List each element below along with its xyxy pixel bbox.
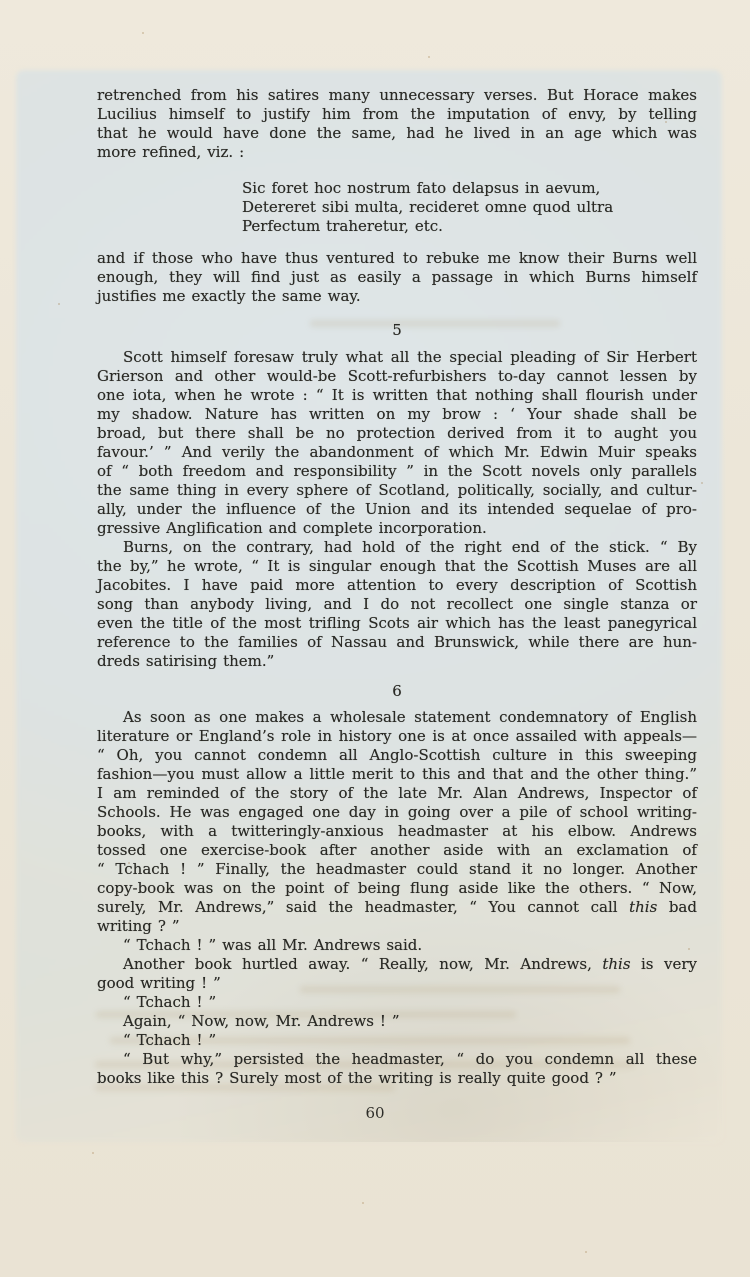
text-line: justifies me exactly the same way. bbox=[97, 287, 697, 306]
latin-verse-quote: Sic foret hoc nostrum fato delapsus in a… bbox=[242, 179, 697, 236]
text-line: and if those who have thus ventured to r… bbox=[97, 249, 697, 268]
text-line: “ Tchach ! ” was all Mr. Andrews said. bbox=[97, 936, 697, 955]
text-line: of “ both freedom and responsibility ” i… bbox=[97, 462, 697, 481]
text-line: favour.’ ” And verily the abandonment of… bbox=[97, 443, 697, 462]
text-line: even the title of the most trifling Scot… bbox=[97, 614, 697, 633]
text-line: the same thing in every sphere of Scotla… bbox=[97, 481, 697, 500]
text-line: Schools. He was engaged one day in going… bbox=[97, 803, 697, 822]
text-line: “ Tchach ! ” Finally, the headmaster cou… bbox=[97, 860, 697, 879]
paragraph-scott-foresaw: Scott himself foresaw truly what all the… bbox=[97, 348, 697, 538]
text-line: As soon as one makes a wholesale stateme… bbox=[97, 708, 697, 727]
text-line: fashion—you must allow a little merit to… bbox=[97, 765, 697, 784]
text-line: gressive Anglification and complete inco… bbox=[97, 519, 697, 538]
text-line: the by,” he wrote, “ It is singular enou… bbox=[97, 557, 697, 576]
text-line: surely, Mr. Andrews,” said the headmaste… bbox=[97, 898, 697, 917]
text-line: “ But why,” persisted the headmaster, “ … bbox=[97, 1050, 697, 1069]
text-line: one iota, when he wrote : “ It is writte… bbox=[97, 386, 697, 405]
paper-speckle bbox=[58, 303, 60, 305]
text-line: Scott himself foresaw truly what all the… bbox=[97, 348, 697, 367]
section-heading-5: 5 bbox=[97, 321, 697, 340]
text-line: books, with a twitteringly-anxious headm… bbox=[97, 822, 697, 841]
paper-speckle bbox=[701, 482, 703, 484]
text-line: enough, they will find just as easily a … bbox=[97, 268, 697, 287]
paragraph-burns-contrary: Burns, on the contrary, had hold of the … bbox=[97, 538, 697, 671]
text-block: retrenched from his satires many unneces… bbox=[97, 86, 697, 1088]
paragraph-but-why: “ But why,” persisted the headmaster, “ … bbox=[97, 1050, 697, 1088]
book-page-scan: retrenched from his satires many unneces… bbox=[0, 0, 750, 1277]
paragraph-andrews-story: As soon as one makes a wholesale stateme… bbox=[97, 708, 697, 936]
text-line: my shadow. Nature has written on my brow… bbox=[97, 405, 697, 424]
text-line: that he would have done the same, had he… bbox=[97, 124, 697, 143]
text-line: Lucilius himself to justify him from the… bbox=[97, 105, 697, 124]
page-number: 60 bbox=[0, 1104, 750, 1122]
text-line: Jacobites. I have paid more attention to… bbox=[97, 576, 697, 595]
paper-speckle bbox=[92, 1152, 94, 1154]
paragraph-tchach-3: “ Tchach ! ” bbox=[97, 1031, 697, 1050]
paragraph-tchach-2: “ Tchach ! ” bbox=[97, 993, 697, 1012]
section-heading-6: 6 bbox=[97, 682, 697, 701]
paragraph-tchach-was-all: “ Tchach ! ” was all Mr. Andrews said. bbox=[97, 936, 697, 955]
text-line: song than anybody living, and I do not r… bbox=[97, 595, 697, 614]
text-line: Perfectum traheretur, etc. bbox=[242, 217, 697, 236]
text-line: good writing ! ” bbox=[97, 974, 697, 993]
paper-speckle bbox=[585, 1251, 587, 1253]
paragraph-continued-from-previous-page: retrenched from his satires many unneces… bbox=[97, 86, 697, 162]
text-line: ally, under the influence of the Union a… bbox=[97, 500, 697, 519]
text-line: copy-book was on the point of being flun… bbox=[97, 879, 697, 898]
paper-speckle bbox=[142, 32, 144, 34]
text-line: broad, but there shall be no protection … bbox=[97, 424, 697, 443]
paragraph-after-quote: and if those who have thus ventured to r… bbox=[97, 249, 697, 306]
text-line: “ Tchach ! ” bbox=[97, 993, 697, 1012]
text-line: dreds satirising them.” bbox=[97, 652, 697, 671]
text-line: books like this ? Surely most of the wri… bbox=[97, 1069, 697, 1088]
text-line: reference to the families of Nassau and … bbox=[97, 633, 697, 652]
text-line: tossed one exercise-book after another a… bbox=[97, 841, 697, 860]
paper-speckle bbox=[362, 1202, 364, 1204]
text-line: I am reminded of the story of the late M… bbox=[97, 784, 697, 803]
text-line: Burns, on the contrary, had hold of the … bbox=[97, 538, 697, 557]
paper-speckle bbox=[428, 56, 430, 58]
text-line: writing ? ” bbox=[97, 917, 697, 936]
text-line: Again, “ Now, now, Mr. Andrews ! ” bbox=[97, 1012, 697, 1031]
text-line: Another book hurtled away. “ Really, now… bbox=[97, 955, 697, 974]
text-line: retrenched from his satires many unneces… bbox=[97, 86, 697, 105]
paragraph-again-now-now: Again, “ Now, now, Mr. Andrews ! ” bbox=[97, 1012, 697, 1031]
text-line: Grierson and other would-be Scott-refurb… bbox=[97, 367, 697, 386]
text-line: more refined, viz. : bbox=[97, 143, 697, 162]
text-line: “ Tchach ! ” bbox=[97, 1031, 697, 1050]
text-line: Sic foret hoc nostrum fato delapsus in a… bbox=[242, 179, 697, 198]
text-line: “ Oh, you cannot condemn all Anglo-Scott… bbox=[97, 746, 697, 765]
text-line: literature or England’s role in history … bbox=[97, 727, 697, 746]
paragraph-another-book: Another book hurtled away. “ Really, now… bbox=[97, 955, 697, 993]
text-line: Detereret sibi multa, recideret omne quo… bbox=[242, 198, 697, 217]
